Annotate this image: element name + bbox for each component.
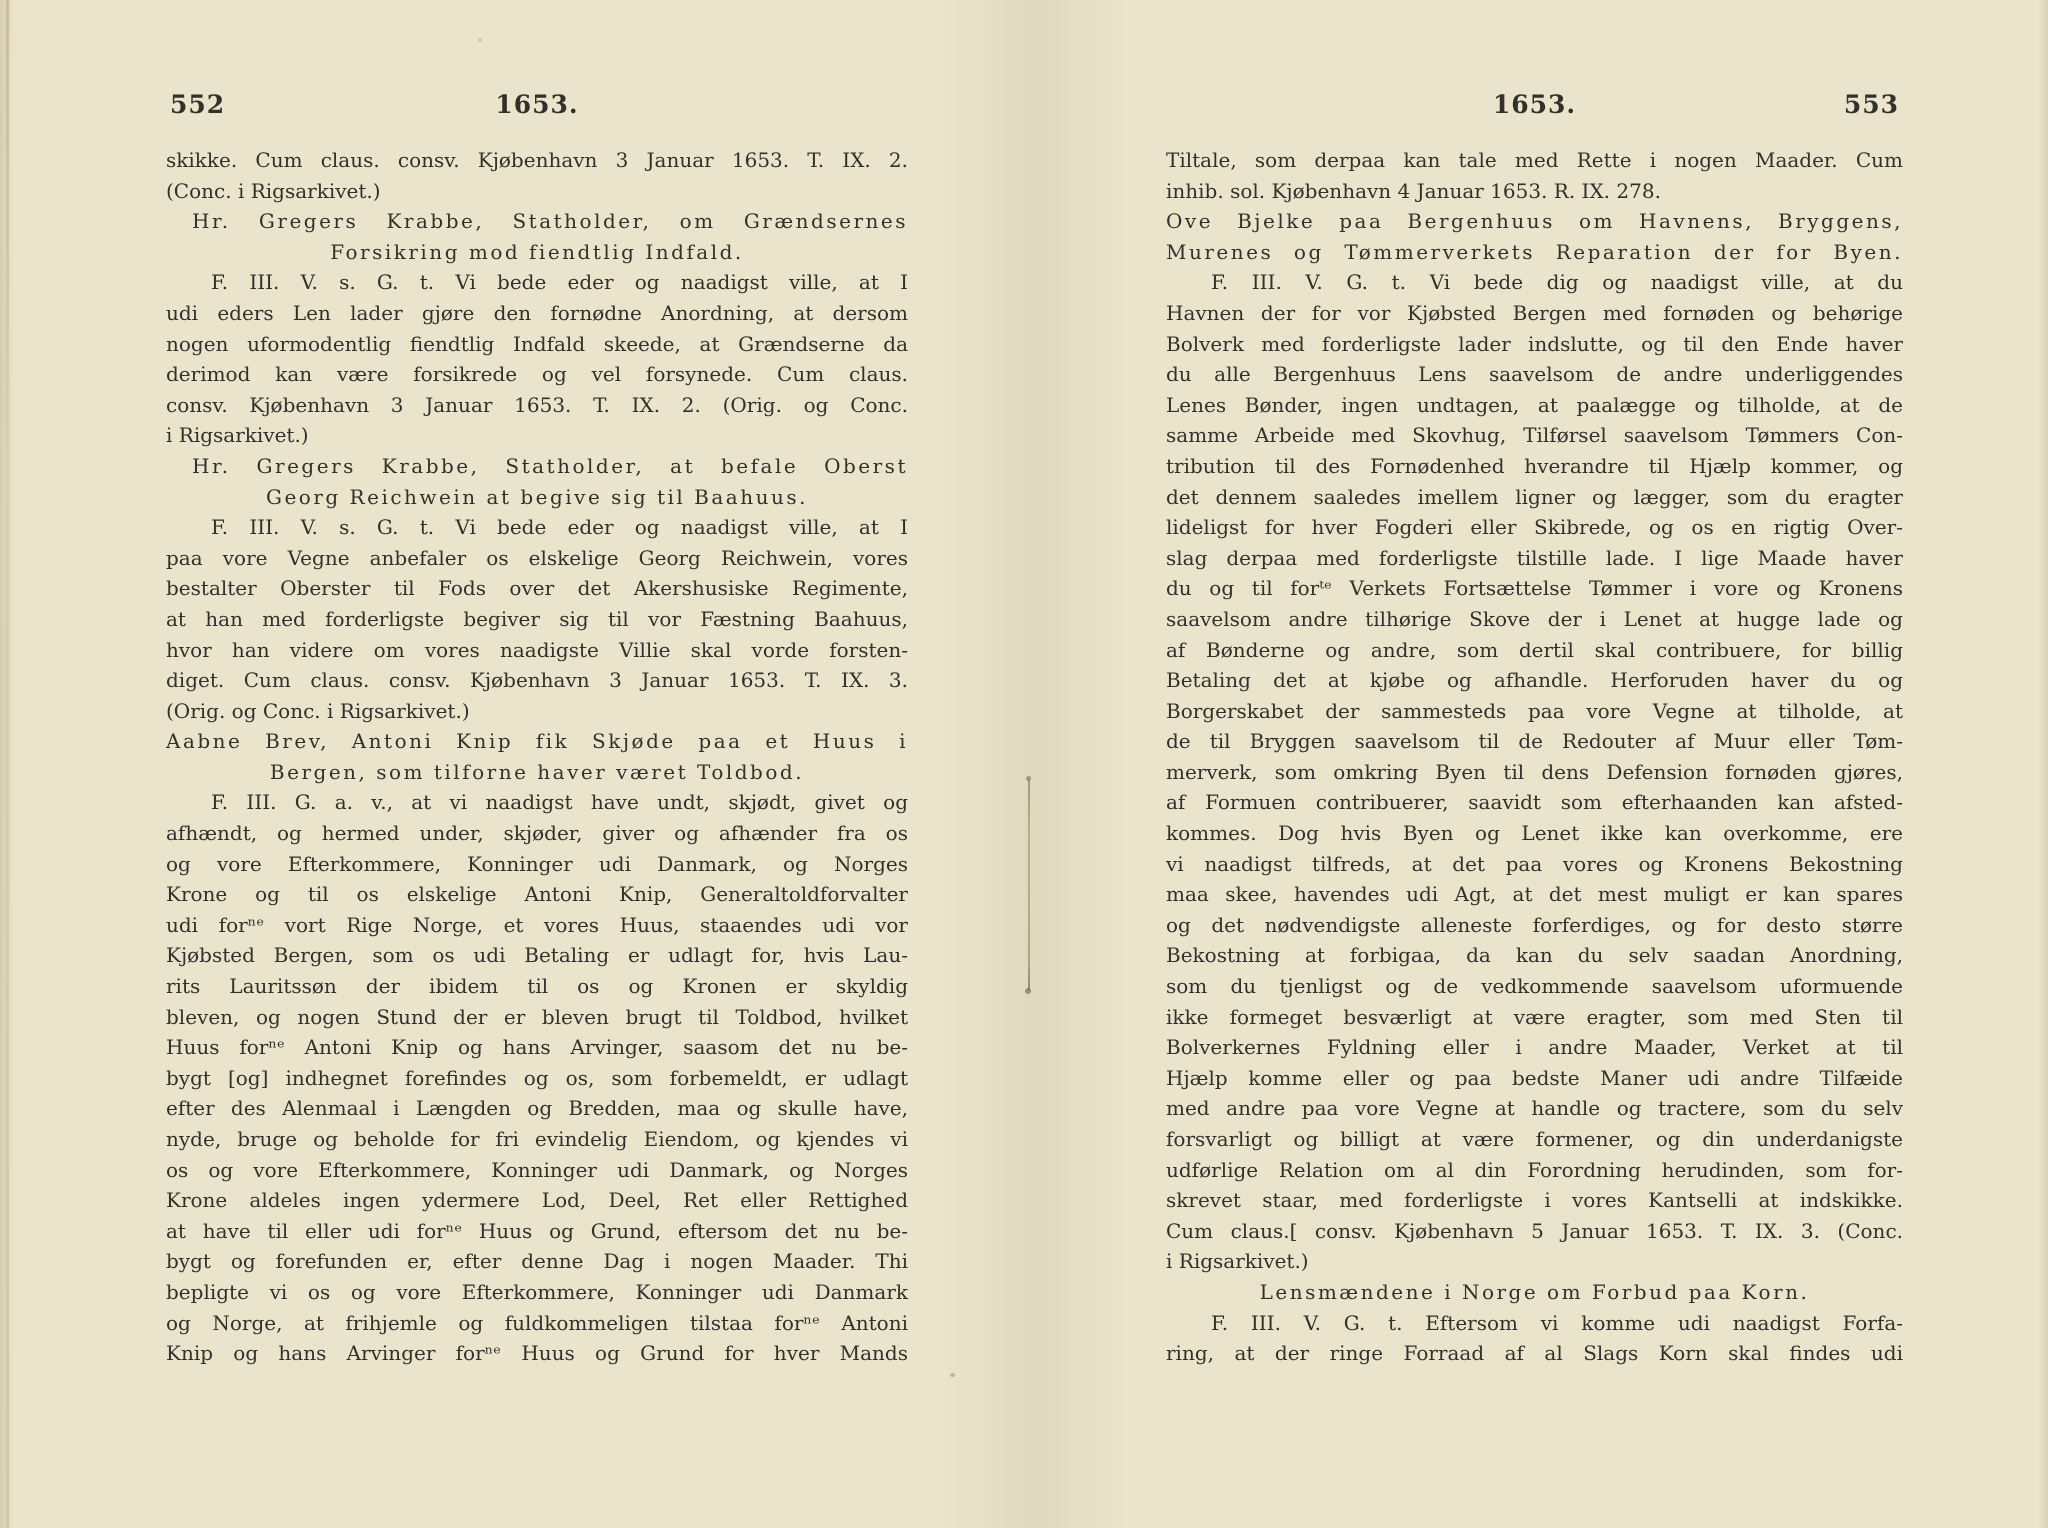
text-line: bygt [og] indhegnet forefindes og os, so…: [166, 1063, 908, 1094]
text-line: bestalter Oberster til Fods over det Ake…: [166, 573, 908, 604]
text-line: i Rigsarkivet.): [1166, 1246, 1903, 1277]
text-line: at have til eller udi forⁿᵉ Huus og Grun…: [166, 1216, 908, 1247]
text-line: saavelsom andre tilhørige Skove der i Le…: [1166, 604, 1903, 635]
text-line: rits Lauritssøn der ibidem til os og Kro…: [166, 971, 908, 1002]
page-header-right: 1653. 553: [1166, 90, 1903, 145]
page-number: 553: [1844, 90, 1899, 119]
text-line: Lensmændene i Norge om Forbud paa Korn.: [1166, 1277, 1903, 1308]
text-line: og Norge, at frihjemle og fuldkommeligen…: [166, 1308, 908, 1339]
text-line: derimod kan være forsikrede og vel forsy…: [166, 359, 908, 390]
scan-speck: [478, 38, 482, 42]
text-line: Havnen der for vor Kjøbsted Bergen med f…: [1166, 298, 1903, 329]
text-line: Hr. Gregers Krabbe, Statholder, om Grænd…: [166, 206, 908, 237]
text-line: lideligst for hver Fogderi eller Skibred…: [1166, 512, 1903, 543]
text-line: det dennem saaledes imellem ligner og læ…: [1166, 482, 1903, 513]
text-line: Hjælp komme eller og paa bedste Maner ud…: [1166, 1063, 1903, 1094]
text-line: bygt og forefunden er, efter denne Dag i…: [166, 1246, 908, 1277]
text-line: nogen uformodentlig fiendtlig Indfald sk…: [166, 329, 908, 360]
text-line: maa skee, havendes udi Agt, at det mest …: [1166, 879, 1903, 910]
text-line: afhændt, og hermed under, skjøder, giver…: [166, 818, 908, 849]
text-line: udførlige Relation om al din Forordning …: [1166, 1155, 1903, 1186]
text-line: Krone aldeles ingen ydermere Lod, Deel, …: [166, 1185, 908, 1216]
text-line: du alle Bergenhuus Lens saavelsom de and…: [1166, 359, 1903, 390]
text-line: Krone og til os elskelige Antoni Knip, G…: [166, 879, 908, 910]
text-line: udi forⁿᵉ vort Rige Norge, et vores Huus…: [166, 910, 908, 941]
text-line: bleven, og nogen Stund der er bleven bru…: [166, 1002, 908, 1033]
page-left: 552 1653. skikke. Cum claus. consv. Kjøb…: [166, 90, 908, 1369]
text-line: kommes. Dog hvis Byen og Lenet ikke kan …: [1166, 818, 1903, 849]
text-line: F. III. G. a. v., at vi naadigst have un…: [166, 787, 908, 818]
text-line: og vore Efterkommere, Konninger udi Danm…: [166, 849, 908, 880]
text-line: F. III. V. G. t. Vi bede dig og naadigst…: [1166, 267, 1903, 298]
text-line: du og til forᵗᵉ Verkets Fortsættelse Tøm…: [1166, 573, 1903, 604]
running-head: 1653.: [1166, 90, 1903, 119]
text-line: Hr. Gregers Krabbe, Statholder, at befal…: [166, 451, 908, 482]
text-line: Knip og hans Arvinger forⁿᵉ Huus og Grun…: [166, 1338, 908, 1369]
text-line: hvor han videre om vores naadigste Villi…: [166, 635, 908, 666]
text-line: nyde, bruge og beholde for fri evindelig…: [166, 1124, 908, 1155]
text-line: Ove Bjelke paa Bergenhuus om Havnens, Br…: [1166, 206, 1903, 237]
scan-artifact-dot: [1025, 988, 1031, 994]
text-line: ikke formeget besværligt at være eragter…: [1166, 1002, 1903, 1033]
text-line: at han med forderligste begiver sig til …: [166, 604, 908, 635]
page-header-left: 552 1653.: [166, 90, 908, 145]
text-line: af Formuen contribuerer, saavidt som eft…: [1166, 787, 1903, 818]
text-line: ring, at der ringe Forraad af al Slags K…: [1166, 1338, 1903, 1369]
text-line: Betaling det at kjøbe og afhandle. Herfo…: [1166, 665, 1903, 696]
text-line: Forsikring mod fiendtlig Indfald.: [166, 237, 908, 268]
text-line: Aabne Brev, Antoni Knip fik Skjøde paa e…: [166, 726, 908, 757]
scan-speck: [950, 1373, 955, 1377]
scan-artifact-dot: [1026, 776, 1031, 781]
text-line: tribution til des Fornødenhed hverandre …: [1166, 451, 1903, 482]
text-line: inhib. sol. Kjøbenhavn 4 Januar 1653. R.…: [1166, 176, 1903, 207]
text-line: Tiltale, som derpaa kan tale med Rette i…: [1166, 145, 1903, 176]
text-line: Bekostning at forbigaa, da kan du selv s…: [1166, 940, 1903, 971]
text-line: Georg Reichwein at begive sig til Baahuu…: [166, 482, 908, 513]
text-line: Kjøbsted Bergen, som os udi Betaling er …: [166, 940, 908, 971]
running-head: 1653.: [166, 90, 908, 119]
text-line: Murenes og Tømmerverkets Reparation der …: [1166, 237, 1903, 268]
text-line: F. III. V. s. G. t. Vi bede eder og naad…: [166, 512, 908, 543]
text-line: og det nødvendigste alleneste forferdige…: [1166, 910, 1903, 941]
text-line: vi naadigst tilfreds, at det paa vores o…: [1166, 849, 1903, 880]
text-line: slag derpaa med forderligste tilstille l…: [1166, 543, 1903, 574]
text-line: Bergen, som tilforne haver været Toldbod…: [166, 757, 908, 788]
text-line: F. III. V. G. t. Eftersom vi komme udi n…: [1166, 1308, 1903, 1339]
text-line: Cum claus.[ consv. Kjøbenhavn 5 Januar 1…: [1166, 1216, 1903, 1247]
page-edge-left: [6, 0, 9, 1528]
text-line: F. III. V. s. G. t. Vi bede eder og naad…: [166, 267, 908, 298]
text-line: Borgerskabet der sammesteds paa vore Veg…: [1166, 696, 1903, 727]
text-line: diget. Cum claus. consv. Kjøbenhavn 3 Ja…: [166, 665, 908, 696]
text-line: Huus forⁿᵉ Antoni Knip og hans Arvinger,…: [166, 1032, 908, 1063]
text-line: Lenes Bønder, ingen undtagen, at paalægg…: [1166, 390, 1903, 421]
page-text-left: skikke. Cum claus. consv. Kjøbenhavn 3 J…: [166, 145, 908, 1369]
text-line: (Conc. i Rigsarkivet.): [166, 176, 908, 207]
text-line: paa vore Vegne anbefaler os elskelige Ge…: [166, 543, 908, 574]
text-line: samme Arbeide med Skovhug, Tilførsel saa…: [1166, 420, 1903, 451]
scan-artifact-hairline: [1028, 780, 1030, 990]
text-line: de til Bryggen saavelsom til de Redouter…: [1166, 726, 1903, 757]
text-line: bepligte vi os og vore Efterkommere, Kon…: [166, 1277, 908, 1308]
text-line: udi eders Len lader gjøre den fornødne A…: [166, 298, 908, 329]
text-line: skikke. Cum claus. consv. Kjøbenhavn 3 J…: [166, 145, 908, 176]
text-line: Bolverkernes Fyldning eller i andre Maad…: [1166, 1032, 1903, 1063]
text-line: Bolverk med forderligste lader indslutte…: [1166, 329, 1903, 360]
text-line: i Rigsarkivet.): [166, 420, 908, 451]
text-line: consv. Kjøbenhavn 3 Januar 1653. T. IX. …: [166, 390, 908, 421]
text-line: merverk, som omkring Byen til dens Defen…: [1166, 757, 1903, 788]
text-line: os og vore Efterkommere, Konninger udi D…: [166, 1155, 908, 1186]
page-number: 552: [170, 90, 225, 119]
page-text-right: Tiltale, som derpaa kan tale med Rette i…: [1166, 145, 1903, 1369]
page-right: 1653. 553 Tiltale, som derpaa kan tale m…: [1166, 90, 1903, 1369]
text-line: efter des Alenmaal i Længden og Bredden,…: [166, 1093, 908, 1124]
text-line: af Bønderne og andre, som dertil skal co…: [1166, 635, 1903, 666]
text-line: skrevet staar, med forderligste i vores …: [1166, 1185, 1903, 1216]
text-line: med andre paa vore Vegne at handle og tr…: [1166, 1093, 1903, 1124]
text-line: (Orig. og Conc. i Rigsarkivet.): [166, 696, 908, 727]
text-line: forsvarligt og billigt at være formener,…: [1166, 1124, 1903, 1155]
text-line: som du tjenligst og de vedkommende saave…: [1166, 971, 1903, 1002]
